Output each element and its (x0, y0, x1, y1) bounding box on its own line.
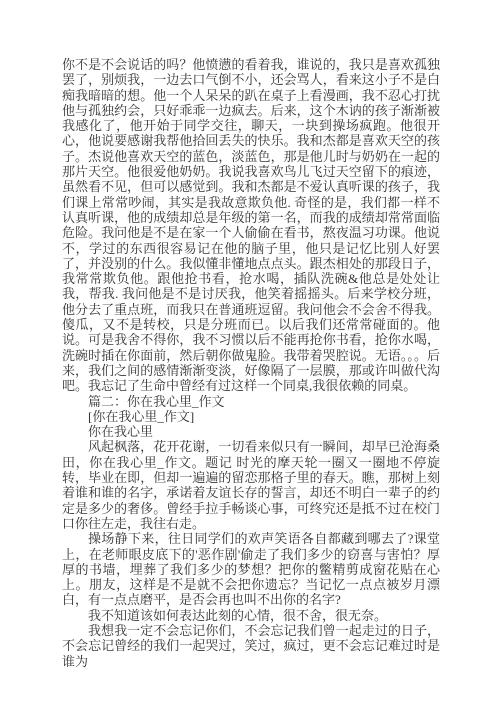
paragraph: 我不知道该如何表达此刻的心情，很不舍，很无奈。 (62, 608, 440, 623)
essay-title: 你在我心里 (62, 424, 440, 439)
essay-text-block: 你不是不会说话的吗？他愤懑的看着我，谁说的，我只是喜欢孤独罢了，别烦我，一边去口… (62, 57, 440, 669)
section-heading-part-two: 篇二：你在我心里_作文 (62, 394, 440, 409)
document-page: 你不是不会说话的吗？他愤懑的看着我，谁说的，我只是喜欢孤独罢了，别烦我，一边去口… (0, 0, 500, 707)
paragraph-truncated: 我想我一定不会忘记你们，不会忘记我们曾一起走过的日子，不会忘记曾经的我们一起哭过… (62, 623, 440, 669)
paragraph: 风起枫落，花开花谢，一切看来似只有一瞬间，却早已沧海桑田，你在我心里_作文。题记… (62, 439, 440, 531)
paragraph: 操场静下来，往日同学们的欢声笑语各自都藏到哪去了?课堂上，在老师眼皮底下的'恶作… (62, 531, 440, 607)
essay-tag-line: [你在我心里_作文] (62, 409, 440, 424)
paragraph-continuation: 你不是不会说话的吗？他愤懑的看着我，谁说的，我只是喜欢孤独罢了，别烦我，一边去口… (62, 57, 440, 394)
